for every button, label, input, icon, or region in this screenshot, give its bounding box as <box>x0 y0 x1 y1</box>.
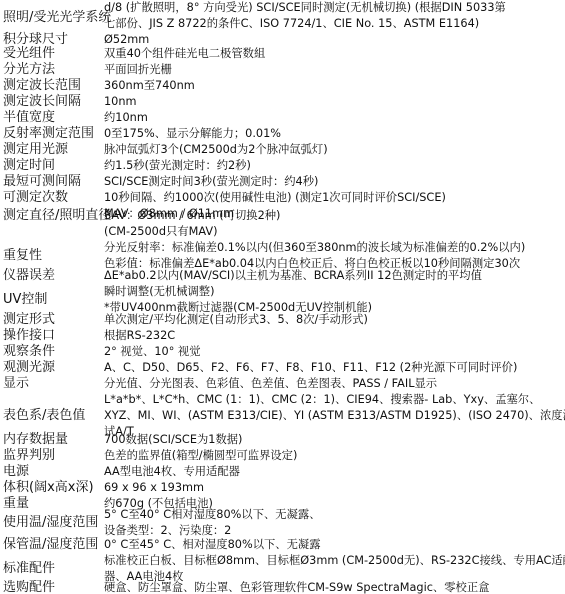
spec-value: 分光值、分光图表、色彩值、色差值、色差图表、PASS / FAIL显示 <box>104 376 562 392</box>
spec-value: 根据RS-232C <box>104 328 562 344</box>
spec-label: 分光方法 <box>3 62 55 78</box>
spec-value-line: XYZ、MI、WI、(ASTM E313/CIE)、YI (ASTM E313/… <box>104 408 562 424</box>
spec-label: 测定波长间隔 <box>3 94 81 110</box>
spec-row: 观察条件2° 视觉、10° 视觉 <box>0 344 565 360</box>
spec-value: 69 x 96 x 193mm <box>104 480 562 496</box>
spec-row: 显示分光值、分光图表、色彩值、色差值、色差图表、PASS / FAIL显示 <box>0 376 565 392</box>
spec-row: 分光方法平面回折光栅 <box>0 62 565 78</box>
spec-value-line: 七部份、JIS Z 8722的条件C、ISO 7724/1、CIE No. 15… <box>104 16 562 32</box>
spec-value-line: 脉冲氙弧灯3个(CM2500d为2个脉冲氙弧灯) <box>104 142 562 158</box>
spec-label: 照明/受光光学系统 <box>3 10 111 26</box>
spec-value: 平面回折光栅 <box>104 62 562 78</box>
spec-label: 观察条件 <box>3 344 55 360</box>
spec-value-line: 硬盒、防尘罩盒、防尘罩、色彩管理软件CM-S9w SpectraMagic、零校… <box>104 580 562 594</box>
spec-value-line: 色差的监界值(箱型/椭圆型可监界设定) <box>104 448 562 464</box>
spec-value-line: ΔE*ab0.2以内(MAV/SCI)以主机为基准、BCRA系列II 12色测定… <box>104 268 562 284</box>
spec-value: 700数据(SCI/SCE为1数据) <box>104 432 562 448</box>
spec-label: 保管温/湿度范围 <box>3 537 98 553</box>
spec-row: 监界判别色差的监界值(箱型/椭圆型可监界设定) <box>0 448 565 464</box>
spec-row: 体积(阔x高x深)69 x 96 x 193mm <box>0 480 565 496</box>
spec-value-line: 10nm <box>104 94 562 110</box>
spec-value: SCI/SCE测定时间3秒(萤光测定时：约4秒) <box>104 174 562 190</box>
spec-value: 双重40个组件硅光电二极管数組 <box>104 46 562 62</box>
spec-value: AA型电池4枚、专用适配器 <box>104 464 562 480</box>
spec-value-line: SAV：Ø3mm / 6mm (可切换2种) <box>104 208 562 224</box>
spec-row: 照明/受光光学系统d/8 (扩散照明，8° 方向受光) SCI/SCE同时测定(… <box>0 0 565 32</box>
spec-value: 5° C至40° C相对湿度80%以下、无凝露、设备类型：2、污染度：2 <box>104 507 562 539</box>
spec-value-line: 0至175%、显示分解能力；0.01% <box>104 126 562 142</box>
spec-label: 体积(阔x高x深) <box>3 480 94 496</box>
spec-label: 测定形式 <box>3 312 55 328</box>
spec-value-line: L*a*b*、L*C*h、CMC (1：1)、CMC (2：1)、CIE94、搜… <box>104 392 562 408</box>
spec-value-line: 2° 视觉、10° 视觉 <box>104 344 562 360</box>
spec-label: 反射率测定范围 <box>3 126 94 142</box>
spec-label: 监界判别 <box>3 448 55 464</box>
spec-value-line: 700数据(SCI/SCE为1数据) <box>104 432 562 448</box>
spec-label: 显示 <box>3 376 29 392</box>
spec-value: 约10nm <box>104 110 562 126</box>
spec-row: 反射率测定范围0至175%、显示分解能力；0.01% <box>0 126 565 142</box>
spec-row: 受光组件双重40个组件硅光电二极管数組 <box>0 46 565 62</box>
spec-row: 最短可测间隔SCI/SCE测定时间3秒(萤光测定时：约4秒) <box>0 174 565 190</box>
spec-label: 重复性 <box>3 248 42 264</box>
spec-row: 电源AA型电池4枚、专用适配器 <box>0 464 565 480</box>
spec-value-line: 平面回折光栅 <box>104 62 562 78</box>
spec-value-line: 根据RS-232C <box>104 328 562 344</box>
spec-value: 色差的监界值(箱型/椭圆型可监界设定) <box>104 448 562 464</box>
spec-value-line: (CM-2500d只有MAV) <box>104 224 562 240</box>
spec-value: 0至175%、显示分解能力；0.01% <box>104 126 562 142</box>
spec-value: 360nm至740nm <box>104 78 562 94</box>
spec-value-line: 5° C至40° C相对湿度80%以下、无凝露、 <box>104 507 562 523</box>
spec-value-line: 瞬时调整(无机械调整) <box>104 284 562 300</box>
spec-label: 标准配件 <box>3 561 55 577</box>
spec-row: 测定波长间隔10nm <box>0 94 565 110</box>
spec-value: 硬盒、防尘罩盒、防尘罩、色彩管理软件CM-S9w SpectraMagic、零校… <box>104 580 562 594</box>
spec-row: 内存数据量700数据(SCI/SCE为1数据) <box>0 432 565 448</box>
spec-label: 选购配件 <box>3 580 55 594</box>
spec-label: 半值宽度 <box>3 110 55 126</box>
spec-value-line: 双重40个组件硅光电二极管数組 <box>104 46 562 62</box>
spec-value-line: d/8 (扩散照明，8° 方向受光) SCI/SCE同时测定(无机械切换) (根… <box>104 0 562 16</box>
spec-label: 使用温/湿度范围 <box>3 515 98 531</box>
spec-value-line: 约10nm <box>104 110 562 126</box>
spec-row: 测定直径/照明直径SAV：Ø3mm / 6mm (可切换2种)(CM-2500d… <box>0 208 565 240</box>
spec-label: 内存数据量 <box>3 432 68 448</box>
spec-row: 测定形式单次测定/平均化测定(自动形式3、5、8次/手动形式) <box>0 312 565 328</box>
spec-value: 2° 视觉、10° 视觉 <box>104 344 562 360</box>
spec-label: 观测光源 <box>3 360 55 376</box>
spec-value-line: 约1.5秒(萤光测定时：约2秒) <box>104 158 562 174</box>
spec-row: 半值宽度约10nm <box>0 110 565 126</box>
spec-row: 测定时间约1.5秒(萤光测定时：约2秒) <box>0 158 565 174</box>
spec-row: 测定波长范围360nm至740nm <box>0 78 565 94</box>
spec-value: 脉冲氙弧灯3个(CM2500d为2个脉冲氙弧灯) <box>104 142 562 158</box>
spec-label: 操作接口 <box>3 328 55 344</box>
spec-row: 选购配件硬盒、防尘罩盒、防尘罩、色彩管理软件CM-S9w SpectraMagi… <box>0 580 565 594</box>
spec-label: 仪器误差 <box>3 268 55 284</box>
spec-value: 约1.5秒(萤光测定时：约2秒) <box>104 158 562 174</box>
spec-value-line: 标准校正白板、目标框Ø8mm、目标框Ø3mm (CM-2500d无)、RS-23… <box>104 553 562 569</box>
spec-value-line: SCI/SCE测定时间3秒(萤光测定时：约4秒) <box>104 174 562 190</box>
spec-value: ΔE*ab0.2以内(MAV/SCI)以主机为基准、BCRA系列II 12色测定… <box>104 268 562 284</box>
spec-value: A、C、D50、D65、F2、F6、F7、F8、F10、F11、F12 (2种光… <box>104 360 562 376</box>
spec-label: 测定波长范围 <box>3 78 81 94</box>
spec-value-line: 分光反射率：标准偏差0.1%以内(但360至380nm的波长域为标准偏差的0.2… <box>104 240 562 256</box>
spec-row: 观测光源A、C、D50、D65、F2、F6、F7、F8、F10、F11、F12 … <box>0 360 565 376</box>
spec-value: 10nm <box>104 94 562 110</box>
spec-value: 0° C至45° C、相对湿度80%以下、无凝露 <box>104 537 562 553</box>
spec-label: 测定直径/照明直径 <box>3 208 111 224</box>
spec-value-line: AA型电池4枚、专用适配器 <box>104 464 562 480</box>
spec-value: SAV：Ø3mm / 6mm (可切换2种)(CM-2500d只有MAV) <box>104 208 562 240</box>
spec-row: 测定用光源脉冲氙弧灯3个(CM2500d为2个脉冲氙弧灯) <box>0 142 565 158</box>
spec-label: 最短可测间隔 <box>3 174 81 190</box>
spec-label: 可测定次数 <box>3 190 68 206</box>
spec-label: UV控制 <box>3 292 47 308</box>
spec-value-line: 360nm至740nm <box>104 78 562 94</box>
spec-label: 电源 <box>3 464 29 480</box>
spec-label: 受光组件 <box>3 46 55 62</box>
spec-label: 测定用光源 <box>3 142 68 158</box>
spec-value: 单次测定/平均化测定(自动形式3、5、8次/手动形式) <box>104 312 562 328</box>
spec-value-line: A、C、D50、D65、F2、F6、F7、F8、F10、F11、F12 (2种光… <box>104 360 562 376</box>
spec-value-line: 分光值、分光图表、色彩值、色差值、色差图表、PASS / FAIL显示 <box>104 376 562 392</box>
spec-row: 保管温/湿度范围0° C至45° C、相对湿度80%以下、无凝露 <box>0 537 565 553</box>
spec-value: d/8 (扩散照明，8° 方向受光) SCI/SCE同时测定(无机械切换) (根… <box>104 0 562 32</box>
spec-row: 操作接口根据RS-232C <box>0 328 565 344</box>
spec-label: 表色系/表色值 <box>3 408 85 424</box>
spec-value-line: 0° C至45° C、相对湿度80%以下、无凝露 <box>104 537 562 553</box>
spec-value-line: 69 x 96 x 193mm <box>104 480 562 496</box>
spec-row: 使用温/湿度范围5° C至40° C相对湿度80%以下、无凝露、设备类型：2、污… <box>0 507 565 539</box>
spec-label: 测定时间 <box>3 158 55 174</box>
spec-value-line: 10秒间隔、约1000次(使用碱性电池) (测定1次可同时评价SCI/SCE) <box>104 190 562 206</box>
spec-row: 仪器误差ΔE*ab0.2以内(MAV/SCI)以主机为基准、BCRA系列II 1… <box>0 268 565 284</box>
spec-value-line: 单次测定/平均化测定(自动形式3、5、8次/手动形式) <box>104 312 562 328</box>
